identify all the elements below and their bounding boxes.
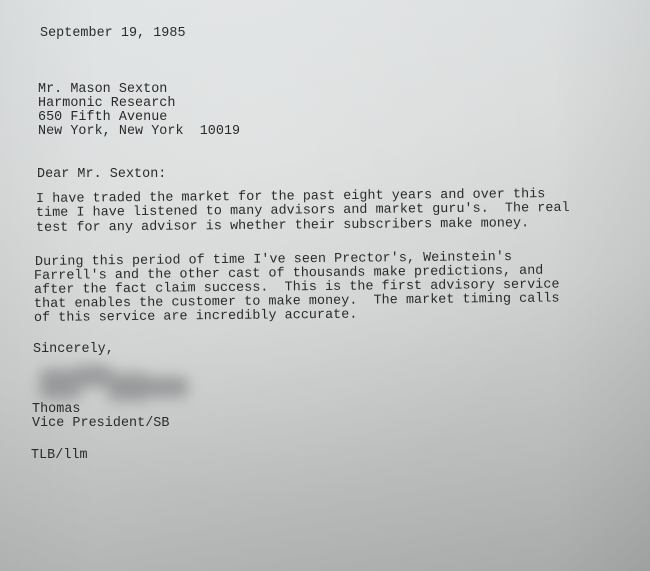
recipient-name: Mr. Mason Sexton — [38, 83, 167, 97]
reference-initials: TLB/llm — [31, 449, 88, 463]
signer-title: Vice President/SB — [32, 417, 169, 431]
letter-date: September 19, 1985 — [40, 27, 186, 41]
paragraph-line: test for any advisor is whether their su… — [36, 217, 529, 236]
signer-name: Thomas — [32, 403, 81, 417]
redacted-signature — [38, 363, 203, 403]
recipient-street: 650 Fifth Avenue — [38, 111, 167, 125]
paragraph-line: of this service are incredibly accurate. — [34, 309, 358, 326]
recipient-city: New York, New York 10019 — [38, 125, 240, 139]
recipient-company: Harmonic Research — [38, 97, 175, 111]
salutation: Dear Mr. Sexton: — [37, 168, 166, 182]
closing: Sincerely, — [33, 343, 114, 357]
